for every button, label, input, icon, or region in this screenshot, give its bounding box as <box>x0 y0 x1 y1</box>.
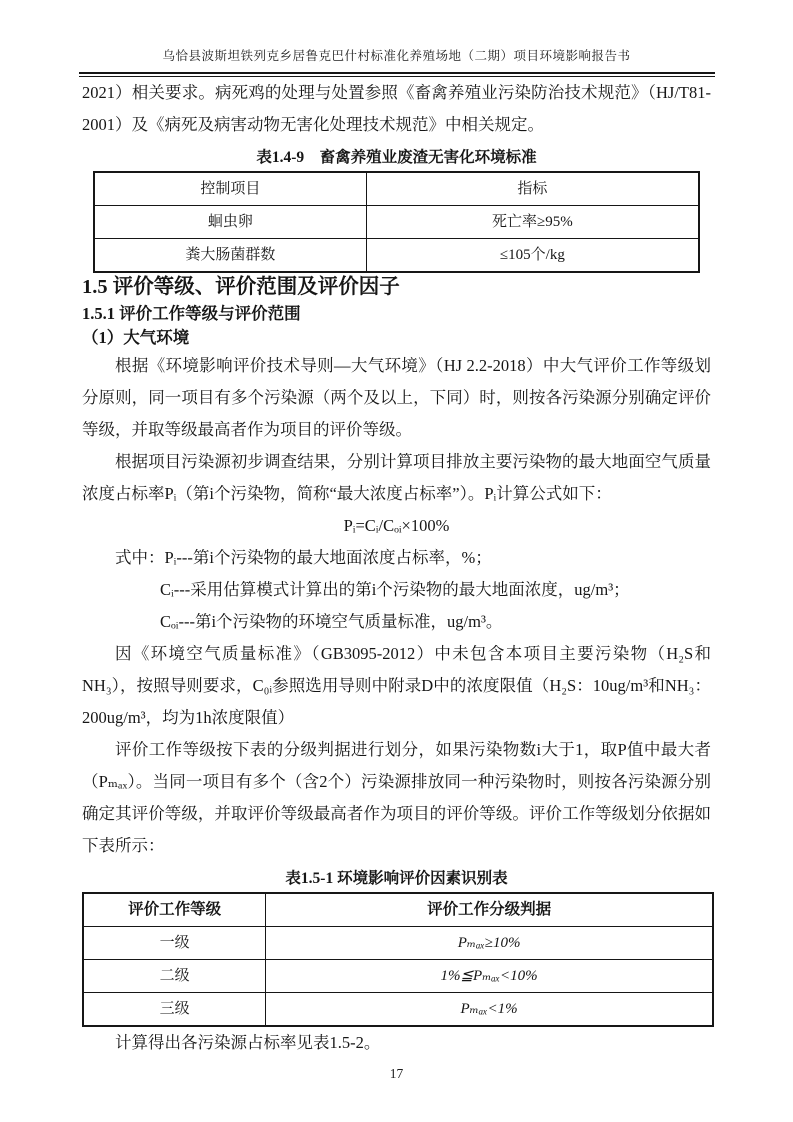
table-1-4-9: 控制项目 指标 蛔虫卵 死亡率≥95% 粪大肠菌群数 ≤105个/kg <box>93 171 700 273</box>
table-row: 二级 1%≦Pₘₐₓ<10% <box>83 960 713 993</box>
paragraph-standard-limits: 因《环境空气质量标准》（GB3095-2012）中未包含本项目主要污染物（H₂S… <box>82 638 711 734</box>
table-cell: Pₘₐₓ≥10% <box>266 927 713 960</box>
table-cell: 三级 <box>83 993 266 1027</box>
table-row: 蛔虫卵 死亡率≥95% <box>94 206 699 239</box>
col-header-control-item: 控制项目 <box>94 172 366 206</box>
table-cell: 粪大肠菌群数 <box>94 239 366 273</box>
formula-where-ci: Cᵢ---采用估算模式计算出的第i个污染物的最大地面浓度，ug/m³； <box>82 574 711 606</box>
page-number: 17 <box>0 1066 793 1082</box>
table-cell: 一级 <box>83 927 266 960</box>
table-1-5-1-caption: 表1.5-1 环境影响评价因素识别表 <box>82 867 711 891</box>
paragraph-pi-definition: 根据项目污染源初步调查结果，分别计算项目排放主要污染物的最大地面空气质量浓度占标… <box>82 446 711 510</box>
table-cell: 蛔虫卵 <box>94 206 366 239</box>
paragraph-grading-principle: 根据《环境影响评价技术导则—大气环境》（HJ 2.2-2018）中大气评价工作等… <box>82 350 711 446</box>
table-cell: 二级 <box>83 960 266 993</box>
table-row: 粪大肠菌群数 ≤105个/kg <box>94 239 699 273</box>
report-page: 乌恰县波斯坦铁列克乡居鲁克巴什村标准化养殖场地（二期）项目环境影响报告书 202… <box>0 0 793 1122</box>
table-row: 一级 Pₘₐₓ≥10% <box>83 927 713 960</box>
formula-where-pi: 式中：Pᵢ---第i个污染物的最大地面浓度占标率，%； <box>82 542 711 574</box>
col-header-work-grade: 评价工作等级 <box>83 893 266 927</box>
paragraph-see-table-1-5-2: 计算得出各污染源占标率见表1.5-2。 <box>82 1027 711 1059</box>
table-cell: 1%≦Pₘₐₓ<10% <box>266 960 713 993</box>
table-1-5-1: 评价工作等级 评价工作分级判据 一级 Pₘₐₓ≥10% 二级 1%≦Pₘₐₓ<1… <box>82 892 714 1027</box>
page-body: 2021）相关要求。病死鸡的处理与处置参照《畜禽养殖业污染防治技术规范》（HJ/… <box>0 77 793 1059</box>
table-row: 评价工作等级 评价工作分级判据 <box>83 893 713 927</box>
table-row: 三级 Pₘₐₓ<1% <box>83 993 713 1027</box>
paragraph-grading-criteria: 评价工作等级按下表的分级判据进行划分，如果污染物数i大于1，取P值中最大者（Pₘ… <box>82 734 711 862</box>
table-cell: ≤105个/kg <box>366 239 699 273</box>
table-cell: 死亡率≥95% <box>366 206 699 239</box>
col-header-indicator: 指标 <box>366 172 699 206</box>
section-heading-1-5: 1.5 评价等级、评价范围及评价因子 <box>82 273 711 302</box>
table-row: 控制项目 指标 <box>94 172 699 206</box>
running-header-title: 乌恰县波斯坦铁列克乡居鲁克巴什村标准化养殖场地（二期）项目环境影响报告书 <box>0 0 793 65</box>
col-header-grading-criterion: 评价工作分级判据 <box>266 893 713 927</box>
pi-formula: Pᵢ=Cᵢ/Cₒᵢ×100% <box>82 510 711 542</box>
table-1-4-9-caption: 表1.4-9 畜禽养殖业废渣无害化环境标准 <box>82 146 711 170</box>
intro-paragraph: 2021）相关要求。病死鸡的处理与处置参照《畜禽养殖业污染防治技术规范》（HJ/… <box>82 77 711 141</box>
formula-where-coi: Cₒᵢ---第i个污染物的环境空气质量标准，ug/m³。 <box>82 606 711 638</box>
subsection-heading-atmosphere: （1）大气环境 <box>82 326 711 350</box>
table-cell: Pₘₐₓ<1% <box>266 993 713 1027</box>
section-heading-1-5-1: 1.5.1 评价工作等级与评价范围 <box>82 302 711 326</box>
